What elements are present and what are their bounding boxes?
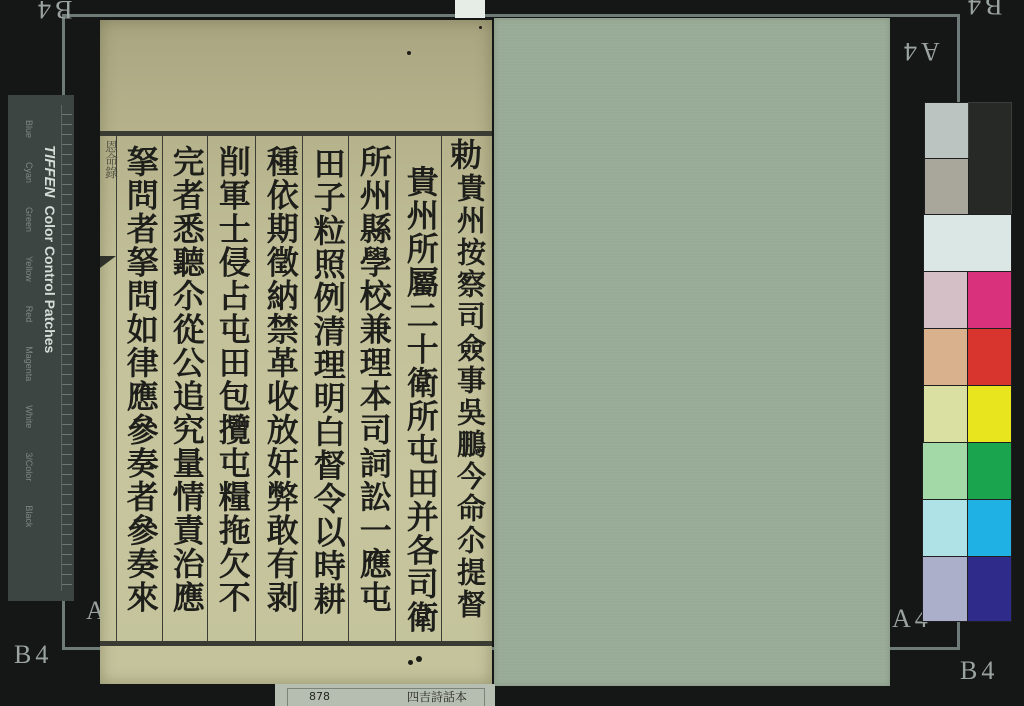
frame-bottom-border [100, 641, 492, 646]
text-frame: 恩命錄 勅 貴州按察司僉事吳鵬今命尒提督 貴州所屬二十衛所屯田并各司衛 所州縣學… [100, 131, 492, 646]
patch-magenta [967, 271, 1012, 329]
color-name: Yellow [24, 256, 34, 282]
library-label-slip: 878 四吉詩話本 [275, 684, 495, 706]
frame-top-border [100, 131, 492, 136]
tiffen-title: TIFFENColor Control Patches [41, 145, 58, 353]
column-text: 貴州按察司僉事吳鵬今命尒提督 [454, 173, 486, 621]
spine-tab [455, 0, 485, 18]
patch-light-magenta [923, 271, 968, 329]
color-name: Green [24, 207, 34, 232]
patch-warm-gray [924, 158, 969, 215]
patch-light-yellow [923, 385, 968, 443]
label-title: 四吉詩話本 [407, 688, 467, 705]
text-column-4: 田子粒照例清理明白督令以時耕 [305, 147, 349, 616]
column-text: 種依期徵納禁革收放奸弊敢有剥 [263, 145, 297, 614]
text-column-2: 貴州所屬二十衛所屯田并各司衛 [398, 165, 442, 634]
column-text: 田子粒照例清理明白督令以時耕 [310, 147, 344, 616]
color-name: Blue [24, 120, 34, 138]
column-text: 拏問者拏問如律應參奏者參奏來 [123, 145, 157, 614]
patch-blue [967, 556, 1012, 622]
ink-spot [408, 660, 413, 665]
text-column-8: 拏問者拏問如律應參奏者參奏來 [118, 145, 162, 614]
text-column-5: 種依期徵納禁革收放奸弊敢有剥 [258, 145, 302, 614]
color-name: Cyan [24, 162, 34, 183]
patch-light-cyan [922, 499, 968, 557]
board-label-b4-top-left: B4 [34, 0, 72, 24]
column-rule [255, 136, 256, 641]
tiffen-color-strip: BlueCyanGreenYellowRedMagentaWhite3/Colo… [8, 95, 74, 601]
color-name: Red [24, 306, 34, 323]
column-rule [302, 136, 303, 641]
color-name: White [24, 405, 34, 428]
column-rule [162, 136, 163, 641]
patch-yellow [967, 385, 1012, 443]
ruler-ticks [61, 105, 72, 591]
patch-white [923, 214, 1012, 272]
color-name: 3/Color [24, 452, 34, 481]
patch-cyan [967, 499, 1012, 557]
tiffen-color-names: BlueCyanGreenYellowRedMagentaWhite3/Colo… [24, 120, 34, 551]
ink-spot [479, 26, 482, 29]
text-column-6: 削軍士侵占屯田包攬屯糧拖欠不 [210, 145, 254, 614]
column-text: 貴州所屬二十衛所屯田并各司衛 [403, 165, 437, 634]
fishtail-mark [100, 256, 116, 268]
tiffen-brand: TIFFEN [41, 145, 58, 198]
text-column-7: 完者悉聽尒從公追究量情責治應 [164, 145, 208, 614]
patch-light-red [923, 328, 968, 386]
column-rule [116, 136, 117, 641]
patch-light-blue [922, 556, 968, 622]
patch-green [967, 442, 1012, 500]
column-rule [395, 136, 396, 641]
ink-spot [407, 51, 411, 55]
text-column-3: 所州縣學校兼理本司詞訟一應屯 [351, 145, 395, 614]
banxin-margin: 恩命錄 [100, 136, 116, 641]
patch-light-gray [924, 102, 969, 159]
tiffen-caption: Color Control Patches [42, 206, 58, 354]
patch-light-green [922, 442, 968, 500]
patch-dark-bg [968, 102, 1012, 215]
column-text: 勅 [450, 139, 482, 173]
column-text: 所州縣學校兼理本司詞訟一應屯 [356, 145, 390, 614]
text-column-1: 貴州按察司僉事吳鵬今命尒提督 [448, 173, 492, 621]
board-label-a4-top-right: A4 [900, 36, 940, 66]
patch-red [967, 328, 1012, 386]
board-label-b4-bottom-right: B4 [960, 656, 998, 686]
call-number: 878 [309, 690, 330, 703]
board-label-b4-top-right: B4 [964, 0, 1002, 20]
board-label-b4-bottom-left: B4 [14, 640, 52, 670]
color-reference-patches [922, 102, 1012, 622]
banxin-title: 恩命錄 [100, 140, 116, 179]
right-blank-page [494, 18, 890, 686]
text-column-edict-heading: 勅 [444, 139, 488, 173]
color-name: Magenta [24, 346, 34, 381]
color-name: Black [24, 505, 34, 527]
column-text: 削軍士侵占屯田包攬屯糧拖欠不 [215, 145, 249, 614]
column-text: 完者悉聽尒從公追究量情責治應 [169, 145, 203, 614]
ink-spot [416, 656, 422, 662]
